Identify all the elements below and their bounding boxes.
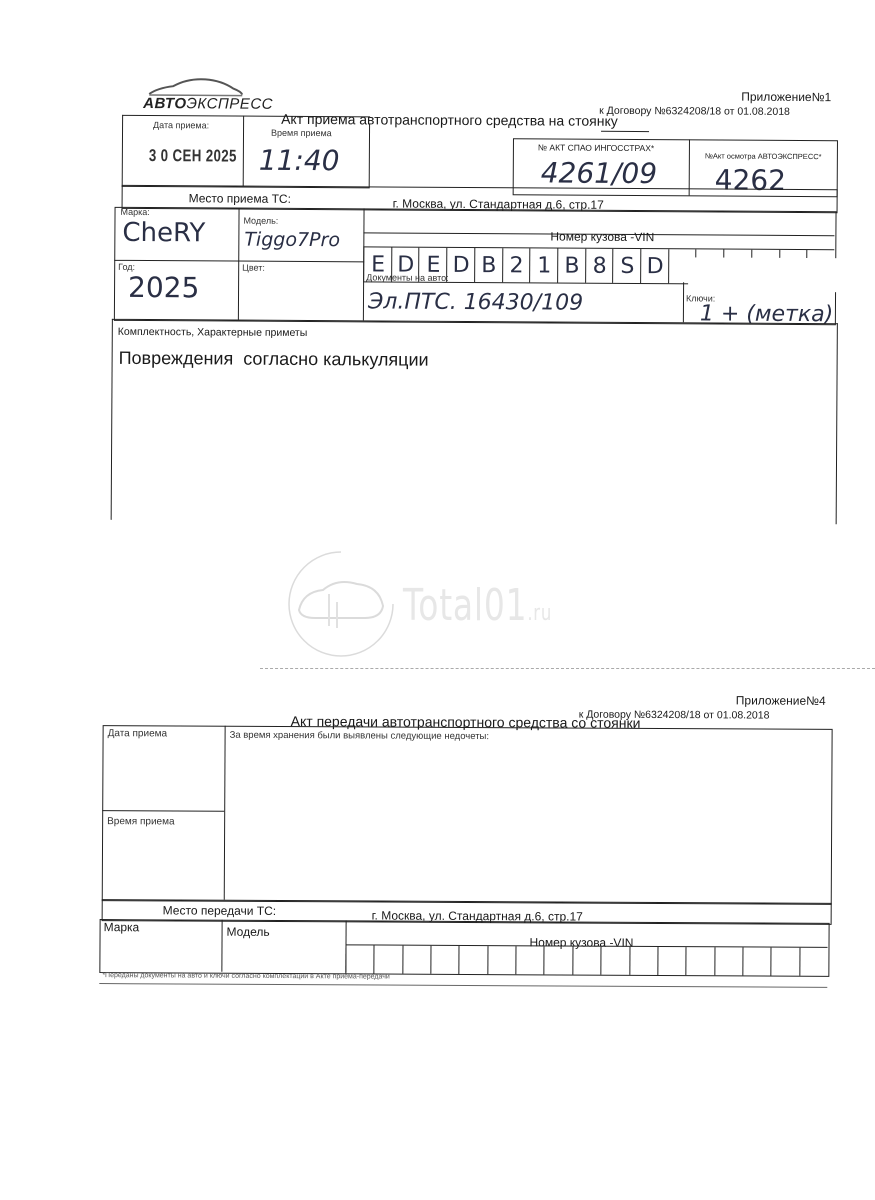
vin-cell — [515, 946, 544, 974]
vin-cell — [374, 945, 403, 973]
vin-grid-2 — [345, 944, 827, 976]
vin-cell — [572, 947, 601, 975]
vin-cell — [657, 947, 686, 975]
vin-cell — [459, 946, 488, 974]
defects-label: За время хранения были выявлены следующи… — [230, 730, 489, 742]
vin-cell — [430, 946, 459, 974]
vin-cell — [402, 946, 431, 974]
vin-cell — [629, 947, 658, 975]
footnote: *Переданы документы на авто и ключи согл… — [102, 972, 390, 981]
vin-cell — [771, 948, 800, 976]
vin-cell — [345, 945, 374, 973]
vin-cell — [544, 946, 573, 974]
model-label-2: Модель — [227, 925, 270, 939]
defects-block — [102, 725, 833, 905]
vin-cell — [742, 947, 771, 975]
vin-cell — [601, 947, 630, 975]
appendix-number-2: Приложение№4 — [736, 693, 826, 707]
vin-cell — [487, 946, 516, 974]
place-label-2: Место передачи ТС: — [163, 903, 277, 918]
brand-label-2: Марка — [104, 920, 140, 934]
vin-cell — [714, 947, 743, 975]
vin-cell — [799, 948, 828, 976]
handover-act-form: Приложение№4 к Договору №6324208/18 от 0… — [0, 0, 875, 1002]
time-label-2: Время приема — [107, 816, 174, 827]
date-label-2: Дата приема — [108, 728, 168, 739]
vin-cell — [686, 947, 715, 975]
